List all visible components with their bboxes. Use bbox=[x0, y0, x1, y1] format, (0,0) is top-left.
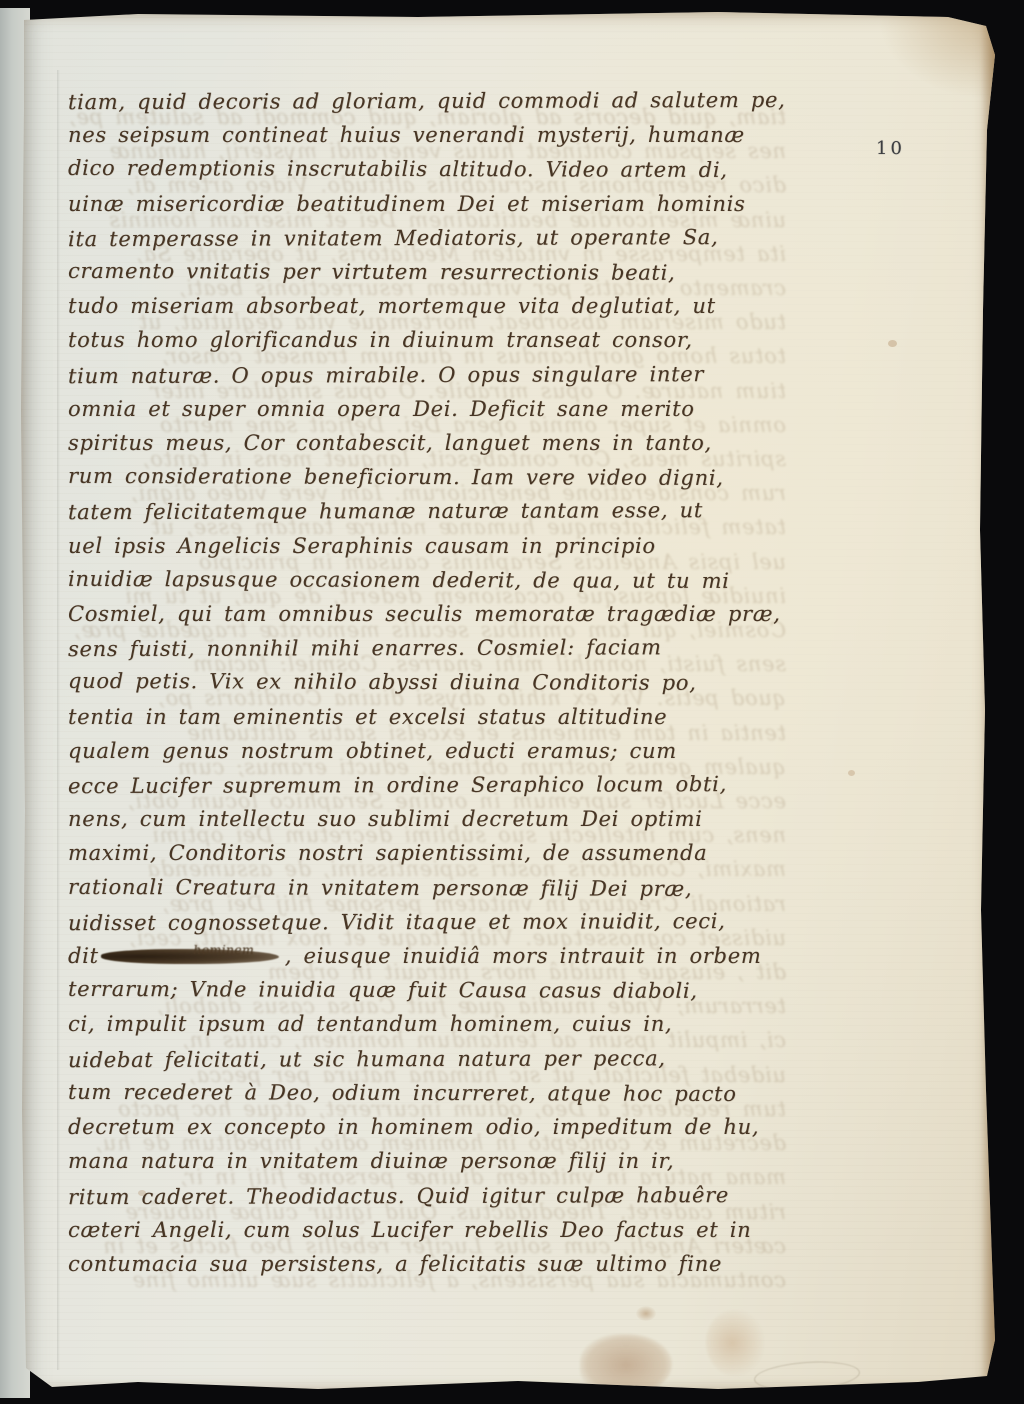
manuscript-line: terrarum; Vnde inuidia quæ fuit Causa ca… bbox=[68, 972, 788, 1008]
interlinear-insertion: hominem bbox=[193, 933, 254, 967]
foxing-spot bbox=[848, 770, 855, 776]
manuscript-line: Cosmiel, qui tam omnibus seculis memorat… bbox=[68, 597, 788, 631]
manuscript-line: dico redemptionis inscrutabilis altitudo… bbox=[68, 151, 788, 187]
manuscript-line: spiritus meus, Cor contabescit, languet … bbox=[68, 426, 788, 460]
manuscript-text-block: tiam, quid decoris ad gloriam, quid comm… bbox=[68, 84, 788, 1281]
manuscript-line: cæteri Angeli, cum solus Lucifer rebelli… bbox=[68, 1213, 788, 1247]
manuscript-line: qualem genus nostrum obtinet, educti era… bbox=[68, 734, 788, 768]
manuscript-line: tiam, quid decoris ad gloriam, quid comm… bbox=[68, 83, 788, 119]
manuscript-line: decretum ex concepto in hominem odio, im… bbox=[68, 1110, 788, 1144]
manuscript-line: mana natura in vnitatem diuinæ personæ f… bbox=[68, 1144, 788, 1178]
ink-blot-strikethrough: hominem bbox=[101, 949, 279, 964]
manuscript-line: inuidiæ lapsusque occasionem dederit, de… bbox=[68, 562, 788, 598]
manuscript-line: tum recederet à Deo, odium incurreret, a… bbox=[68, 1075, 788, 1111]
page-number: 10 bbox=[876, 138, 936, 159]
stain-large bbox=[580, 1334, 672, 1396]
manuscript-line: rum consideratione beneficiorum. Iam ver… bbox=[68, 459, 788, 495]
foxing-spot bbox=[888, 340, 897, 347]
manuscript-line: ecce Lucifer supremum in ordine Seraphic… bbox=[68, 767, 788, 803]
stain-small bbox=[636, 1306, 656, 1321]
aged-right-edge bbox=[980, 10, 998, 1398]
aged-corner bbox=[878, 10, 998, 100]
manuscript-line: tentia in tam eminentis et excelsi statu… bbox=[68, 700, 788, 734]
manuscript-line: tudo miseriam absorbeat, mortemque vita … bbox=[68, 289, 788, 323]
manuscript-line: uel ipsis Angelicis Seraphinis causam in… bbox=[68, 529, 788, 563]
manuscript-line: maximi, Conditoris nostri sapientissimi,… bbox=[68, 836, 788, 870]
manuscript-line: dithominem, eiusque inuidiâ mors intraui… bbox=[68, 939, 788, 973]
manuscript-line: ci, impulit ipsum ad tentandum hominem, … bbox=[68, 1007, 788, 1041]
manuscript-line: nes seipsum contineat huius venerandi my… bbox=[68, 118, 788, 152]
manuscript-line: sens fuisti, nonnihil mihi enarres. Cosm… bbox=[68, 630, 788, 666]
foxing-spot bbox=[138, 1190, 146, 1196]
manuscript-line: ita temperasse in vnitatem Mediatoris, u… bbox=[68, 220, 788, 256]
manuscript-line: tatem felicitatemque humanæ naturæ tanta… bbox=[68, 493, 788, 529]
manuscript-line: omnia et super omnia opera Dei. Deficit … bbox=[68, 392, 788, 426]
manuscript-line: totus homo glorificandus in diuinum tran… bbox=[68, 323, 788, 357]
faint-pencil-mark bbox=[753, 1358, 861, 1393]
manuscript-line: quod petis. Vix ex nihilo abyssi diuina … bbox=[68, 664, 788, 700]
manuscript-line: uidebat felicitati, ut sic humana natura… bbox=[68, 1041, 788, 1077]
stain-medium bbox=[706, 1310, 764, 1376]
manuscript-line: uidisset cognossetque. Vidit itaque et m… bbox=[68, 904, 788, 940]
manuscript-line: nens, cum intellectu suo sublimi decretu… bbox=[68, 802, 788, 836]
manuscript-page: 10 tiam, quid decoris ad gloriam, quid c… bbox=[18, 10, 998, 1398]
manuscript-line: tium naturæ. O opus mirabile. O opus sin… bbox=[68, 356, 788, 392]
manuscript-line: uinæ misericordiæ beatitudinem Dei et mi… bbox=[68, 187, 788, 221]
manuscript-line: contumacia sua persistens, a felicitatis… bbox=[68, 1247, 788, 1281]
manuscript-line: ritum caderet. Theodidactus. Quid igitur… bbox=[68, 1177, 788, 1213]
manuscript-line: cramento vnitatis per virtutem resurrect… bbox=[68, 254, 788, 290]
manuscript-line: rationali Creatura in vnitatem personæ f… bbox=[68, 870, 788, 906]
